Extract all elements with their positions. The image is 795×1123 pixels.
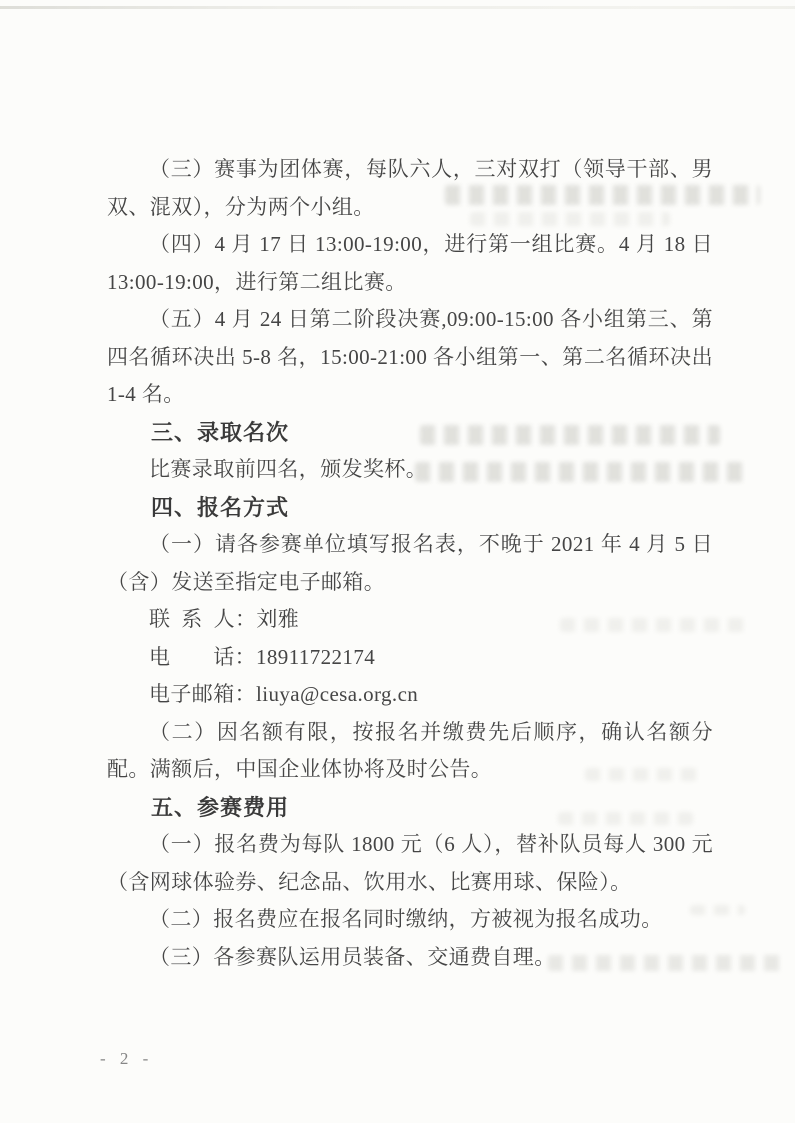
- document-page: （三）赛事为团体赛，每队六人，三对双打（领导干部、男双、混双），分为两个小组。 …: [0, 0, 795, 1123]
- paragraph-registration: （一）请各参赛单位填写报名表，不晚于 2021 年 4 月 5 日（含）发送至指…: [107, 526, 713, 601]
- section-heading-registration: 四、报名方式: [107, 489, 713, 527]
- paragraph-fee-3: （三）各参赛队运用员装备、交通费自理。: [107, 939, 713, 977]
- section-heading-ranking: 三、录取名次: [107, 414, 713, 452]
- section-heading-fees: 五、参赛费用: [107, 789, 713, 827]
- paragraph-quota: （二）因名额有限，按报名并缴费先后顺序，确认名额分配。满额后，中国企业体协将及时…: [107, 714, 713, 789]
- paragraph-fee-1: （一）报名费为每队 1800 元（6 人），替补队员每人 300 元（含网球体验…: [107, 826, 713, 901]
- paragraph-fee-2: （二）报名费应在报名同时缴纳，方被视为报名成功。: [107, 901, 713, 939]
- page-number: - 2 -: [100, 1049, 153, 1069]
- document-body: （三）赛事为团体赛，每队六人，三对双打（领导干部、男双、混双），分为两个小组。 …: [107, 151, 713, 976]
- contact-person-line: 联 系 人：刘雅: [107, 601, 713, 639]
- scan-edge: [0, 6, 795, 9]
- contact-email-line: 电子邮箱：liuya@cesa.org.cn: [107, 676, 713, 714]
- contact-phone-line: 电 话：18911722174: [107, 639, 713, 677]
- paragraph-schedule-5: （五）4 月 24 日第二阶段决赛,09:00-15:00 各小组第三、第四名循…: [107, 301, 713, 414]
- paragraph-schedule-4: （四）4 月 17 日 13:00-19:00，进行第一组比赛。4 月 18 日…: [107, 226, 713, 301]
- paragraph-schedule-3: （三）赛事为团体赛，每队六人，三对双打（领导干部、男双、混双），分为两个小组。: [107, 151, 713, 226]
- paragraph-awards: 比赛录取前四名，颁发奖杯。: [107, 451, 713, 489]
